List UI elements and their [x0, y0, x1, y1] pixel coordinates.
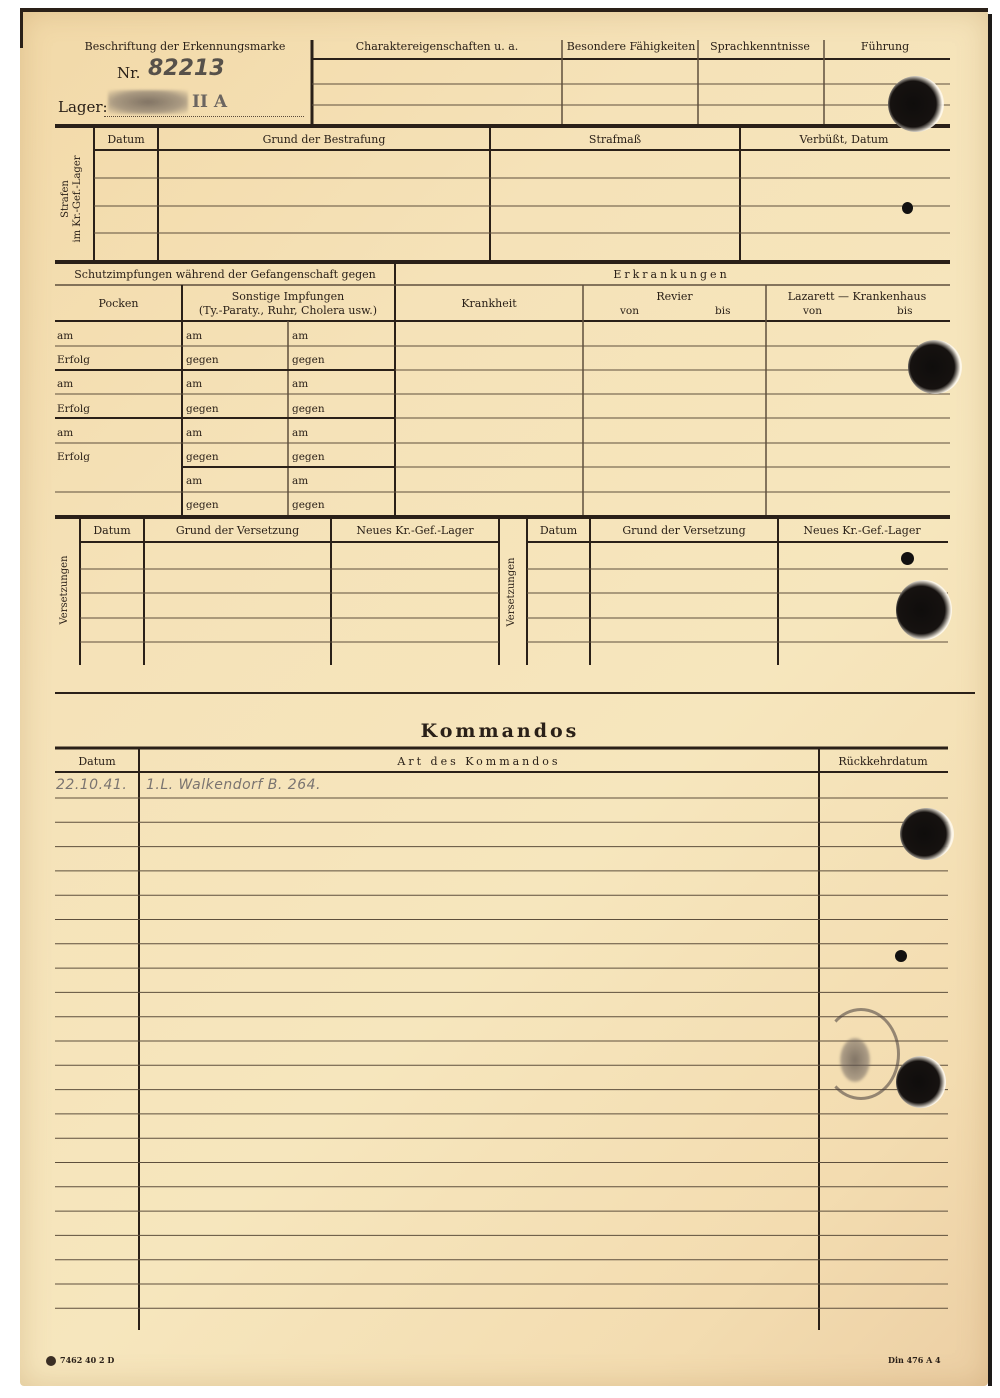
transfer-right-col-reason: Grund der Versetzung: [590, 524, 778, 537]
vaccination-row-label: am: [186, 475, 202, 487]
punish-col-reason: Grund der Bestrafung: [158, 133, 490, 146]
revier-to: bis: [715, 305, 730, 317]
hospital-to: bis: [897, 305, 912, 317]
vaccination-row-label: am: [292, 330, 308, 342]
transfer-right-col-date: Datum: [527, 524, 590, 537]
vaccination-row-label: am: [186, 378, 202, 390]
vaccination-row-label: gegen: [186, 451, 219, 463]
burn-hole: [908, 340, 962, 394]
form-grid-lines: [0, 0, 1000, 1398]
transfers-side-label-right: Versetzungen: [506, 552, 520, 632]
kommando-col-type: Art des Kommandos: [139, 755, 819, 768]
pocken-row-label: am: [57, 330, 73, 342]
vaccination-row-label: am: [292, 378, 308, 390]
pocken-row-label: Erfolg: [57, 354, 90, 366]
kommando-type: 1.L. Walkendorf B. 264.: [146, 777, 321, 793]
hospital-from: von: [803, 305, 822, 317]
kommando-col-return: Rückkehrdatum: [819, 755, 947, 768]
nr-label: Nr.: [117, 64, 140, 82]
transfer-left-col-date: Datum: [80, 524, 144, 537]
burn-hole: [896, 1056, 946, 1108]
printer-mark-icon: [46, 1356, 56, 1366]
ill-col-hospital: Lazarett — Krankenhaus: [766, 290, 948, 303]
col-character: Charaktereigenschaften u. a.: [314, 40, 560, 53]
pocken-row-label: Erfolg: [57, 451, 90, 463]
punch-hole: [901, 552, 914, 565]
lager-dotted-line: [104, 116, 304, 117]
punch-hole: [902, 202, 913, 214]
illnesses-title: Erkrankungen: [395, 268, 948, 281]
lager-value: II A: [192, 92, 227, 112]
vaccination-row-label: am: [186, 330, 202, 342]
vaccination-row-label: gegen: [292, 451, 325, 463]
lager-label: Lager:: [58, 98, 108, 116]
col-languages: Sprachkenntnisse: [698, 40, 822, 53]
transfers-side-label-left: Versetzungen: [59, 550, 73, 630]
redacted-stamp: [108, 90, 188, 114]
kommando-date: 22.10.41.: [56, 777, 127, 793]
punish-col-served: Verbüßt, Datum: [740, 133, 948, 146]
ill-col-revier: Revier: [583, 290, 766, 303]
kommandos-title: Kommandos: [400, 720, 600, 742]
pocken-row-label: am: [57, 378, 73, 390]
transfer-left-col-camp: Neues Kr.-Gef.-Lager: [331, 524, 499, 537]
punish-col-measure: Strafmaß: [490, 133, 740, 146]
vaccination-row-label: gegen: [292, 403, 325, 415]
nr-value: 82213: [148, 56, 225, 81]
vacc-col-other: Sonstige Impfungen (Ty.-Paraty., Ruhr, C…: [182, 290, 394, 318]
footer-right-code: Din 476 A 4: [888, 1355, 941, 1365]
vaccination-row-label: gegen: [292, 354, 325, 366]
footer-left-code: 7462 40 2 D: [46, 1355, 114, 1366]
tag-label: Beschriftung der Erkennungsmarke: [55, 40, 315, 53]
ill-col-illness: Krankheit: [395, 297, 583, 310]
pocken-row-label: Erfolg: [57, 403, 90, 415]
col-conduct: Führung: [824, 40, 946, 53]
burn-hole: [888, 76, 944, 132]
vaccination-row-label: gegen: [292, 499, 325, 511]
vaccination-row-label: gegen: [186, 403, 219, 415]
transfer-right-col-camp: Neues Kr.-Gef.-Lager: [778, 524, 946, 537]
revier-from: von: [620, 305, 639, 317]
punch-hole: [895, 950, 907, 962]
punish-col-date: Datum: [94, 133, 158, 146]
transfer-left-col-reason: Grund der Versetzung: [144, 524, 331, 537]
ink-smudge: [840, 1038, 870, 1082]
kommando-col-date: Datum: [55, 755, 139, 768]
vaccination-row-label: gegen: [186, 354, 219, 366]
vacc-col-pocken: Pocken: [55, 297, 182, 310]
burn-hole: [900, 808, 954, 860]
col-abilities: Besondere Fähigkeiten: [564, 40, 698, 53]
vaccination-row-label: am: [186, 427, 202, 439]
punishments-side-label: Strafen im Kr.-Gef.-Lager: [60, 144, 86, 254]
pocken-row-label: am: [57, 427, 73, 439]
vaccination-row-label: am: [292, 427, 308, 439]
vaccination-row-label: am: [292, 475, 308, 487]
burn-hole: [896, 580, 952, 640]
vaccinations-title: Schutzimpfungen während der Gefangenscha…: [55, 268, 395, 281]
vaccination-row-label: gegen: [186, 499, 219, 511]
